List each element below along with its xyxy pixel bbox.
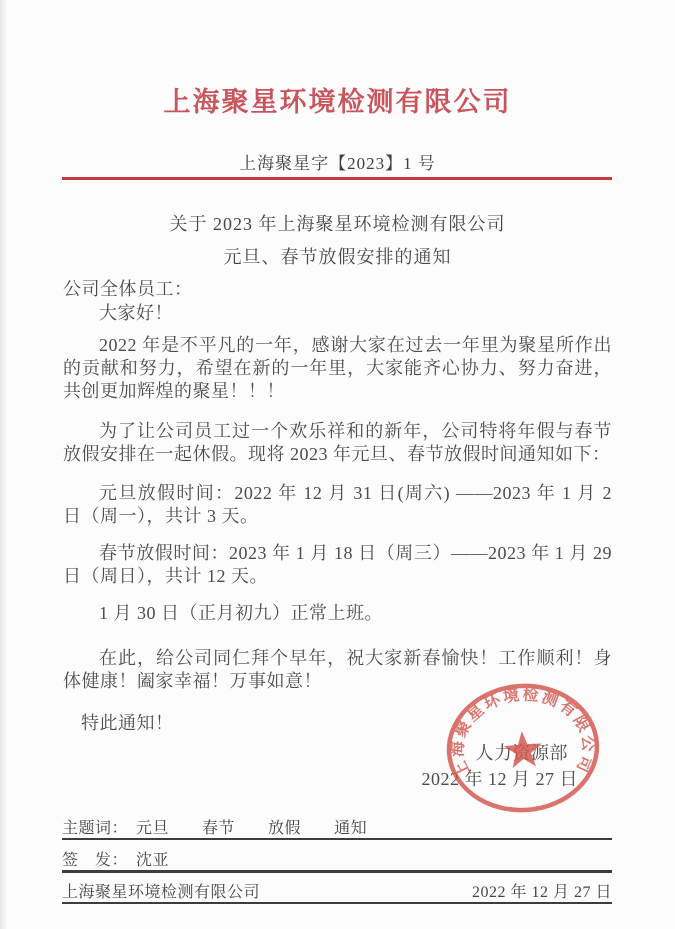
paragraph-return-to-work: 1 月 30 日（正月初九）正常上班。: [63, 602, 612, 625]
closing-statement: 特此通知！: [63, 712, 612, 735]
notice-title-line2: 元旦、春节放假安排的通知: [63, 246, 612, 269]
notice-body: 关于 2023 年上海聚星环境检测有限公司 元旦、春节放假安排的通知 公司全体员…: [63, 213, 612, 791]
keyword-holiday: 放假: [268, 815, 301, 838]
notice-title-line1: 关于 2023 年上海聚星环境检测有限公司: [63, 213, 612, 236]
signature-date: 2022 年 12 月 27 日: [63, 768, 612, 791]
scanned-notice-page: 上海聚星环境检测有限公司 上海聚星字【2023】1 号 关于 2023 年上海聚…: [0, 0, 675, 929]
paragraph-holiday-intro: 为了让公司员工过一个欢乐祥和的新年，公司特将年假与春节放假安排在一起休假。现将 …: [63, 420, 612, 466]
document-footer: 主题词： 元旦 春节 放假 通知 签 发： 沈亚 上海聚星环境检测有限公司 20…: [62, 812, 612, 904]
letterhead-divider-rule: [62, 177, 612, 180]
keywords-row: 主题词： 元旦 春节 放假 通知: [62, 812, 612, 840]
footer-company-row: 上海聚星环境检测有限公司 2022 年 12 月 27 日: [62, 873, 612, 904]
issuer-name: 沈亚: [136, 847, 169, 870]
paragraph-wishes: 在此，给公司同仁拜个早年，祝大家新春愉快！工作顺利！身体健康！阖家幸福！万事如意…: [63, 647, 612, 693]
keyword-springfestival: 春节: [202, 815, 235, 838]
greeting: 大家好！: [63, 302, 612, 325]
signature-department: 人力资源部: [63, 742, 612, 765]
scan-edge-shadow: [0, 0, 6, 929]
keywords-label: 主题词：: [62, 815, 128, 838]
footer-company-name: 上海聚星环境检测有限公司: [62, 879, 260, 902]
keyword-newyear: 元旦: [136, 815, 169, 838]
company-letterhead-title: 上海聚星环境检测有限公司: [0, 80, 675, 119]
issuer-label: 签 发：: [62, 847, 128, 870]
issuer-row: 签 发： 沈亚: [62, 840, 612, 873]
footer-date: 2022 年 12 月 27 日: [472, 879, 612, 902]
document-reference-number: 上海聚星字【2023】1 号: [0, 149, 675, 174]
keyword-notice: 通知: [334, 815, 367, 838]
paragraph-newyear-holiday: 元旦放假时间：2022 年 12 月 31 日(周六) ——2023 年 1 月…: [63, 482, 612, 528]
paragraph-springfestival-holiday: 春节放假时间：2023 年 1 月 18 日（周三）——2023 年 1 月 2…: [63, 542, 612, 588]
paragraph-year-review: 2022 年是不平凡的一年，感谢大家在过去一年里为聚星所作出的贡献和努力，希望在…: [63, 334, 612, 403]
salutation: 公司全体员工：: [63, 278, 612, 301]
